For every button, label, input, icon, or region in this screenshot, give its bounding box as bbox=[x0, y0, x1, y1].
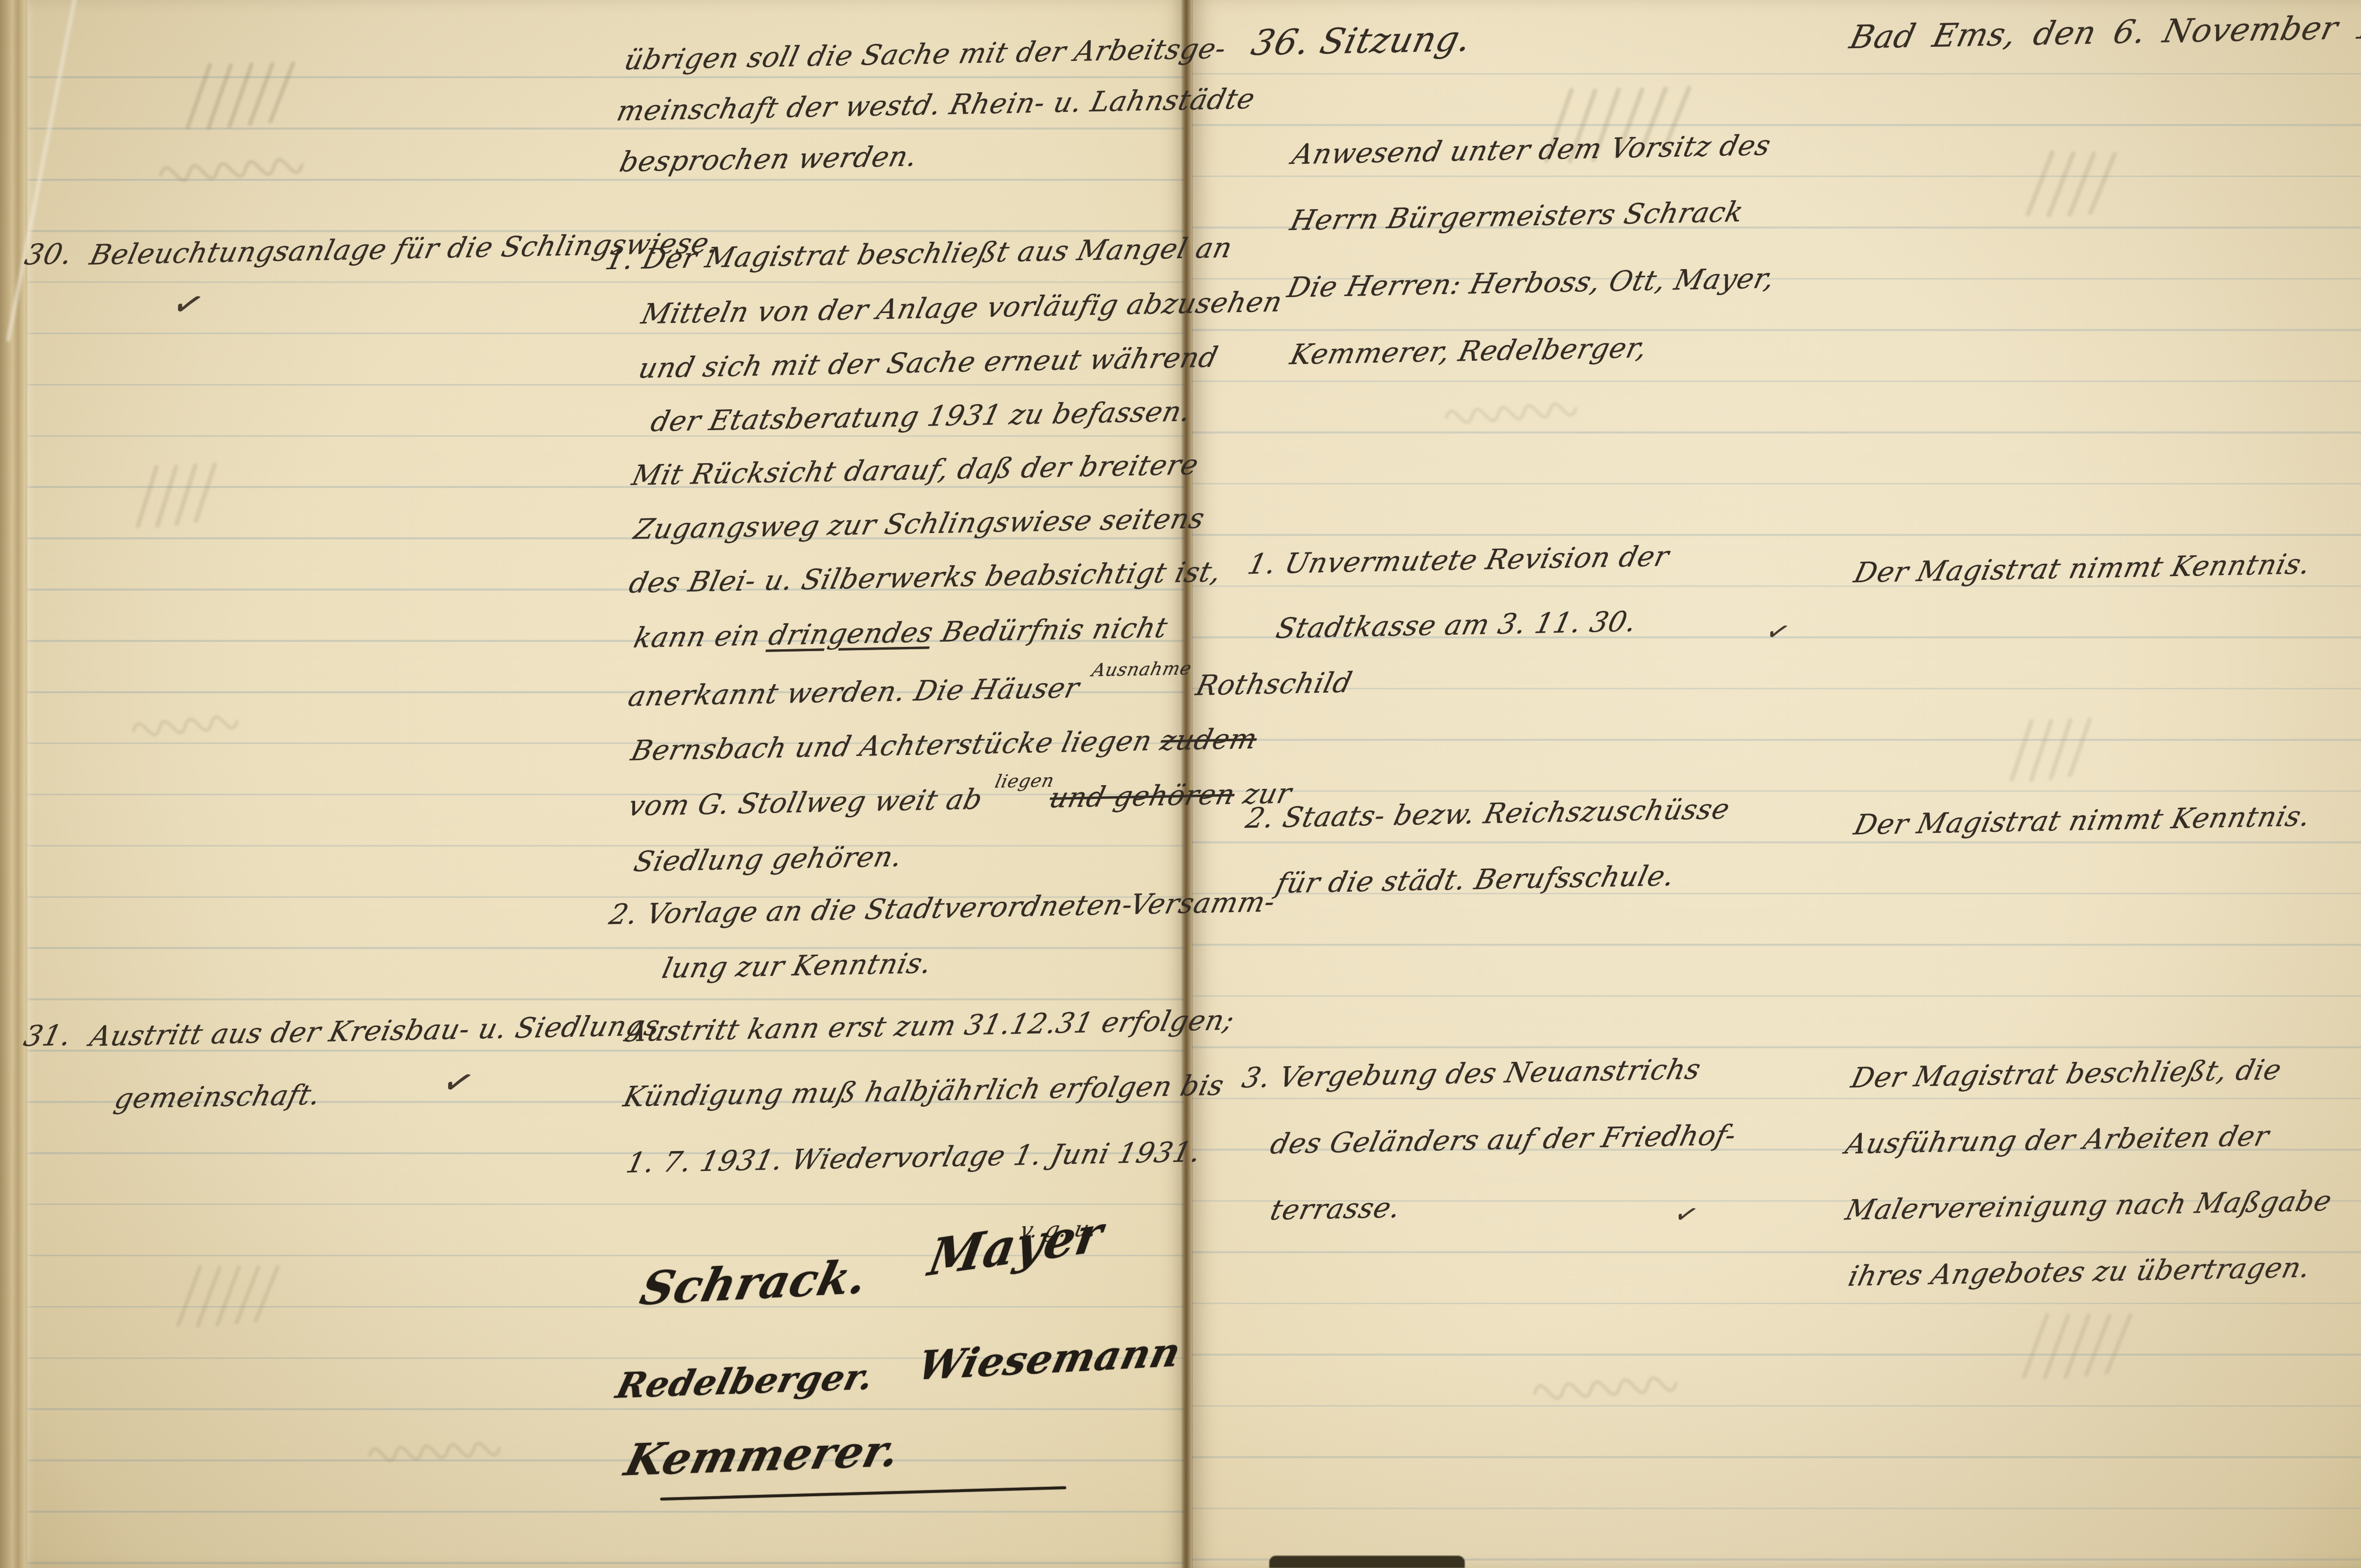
inserted-word: Ausnahme bbox=[1090, 658, 1194, 680]
agenda-item-number: 30. bbox=[22, 237, 76, 271]
carryover-paragraph-line: besprochen werden. bbox=[617, 140, 921, 178]
session-title: 36. Sitzung. bbox=[1248, 18, 1475, 63]
line-segment: kann ein bbox=[631, 619, 773, 654]
inserted-word: liegen bbox=[993, 770, 1056, 792]
ledger-scan: übrigen soll die Sache mit der Arbeitsge… bbox=[0, 0, 2361, 1568]
attendance-line: Kemmerer, Redelberger, bbox=[1287, 331, 1650, 371]
struck-words: und gehören bbox=[1046, 778, 1239, 814]
line-segment: Bedürfnis nicht bbox=[929, 611, 1171, 648]
signature: Kemmerer. bbox=[620, 1425, 906, 1486]
resolution-line: Siedlung gehören. bbox=[631, 840, 906, 878]
right-page-sheet bbox=[1192, 0, 2361, 1568]
agenda-item-number: 31. bbox=[21, 1019, 75, 1053]
struck-word: zudem bbox=[1157, 722, 1261, 757]
agenda-item-heading: gemeinschaft. bbox=[111, 1078, 324, 1115]
line-segment: Rothschild bbox=[1193, 666, 1355, 702]
resolution-subitem-line: lung zur Kenntnis. bbox=[659, 947, 935, 984]
binding-gap-shadow bbox=[1269, 1556, 1465, 1568]
agenda-entry-line: terrasse. bbox=[1267, 1191, 1404, 1227]
underlined-word: dringendes bbox=[765, 616, 936, 652]
